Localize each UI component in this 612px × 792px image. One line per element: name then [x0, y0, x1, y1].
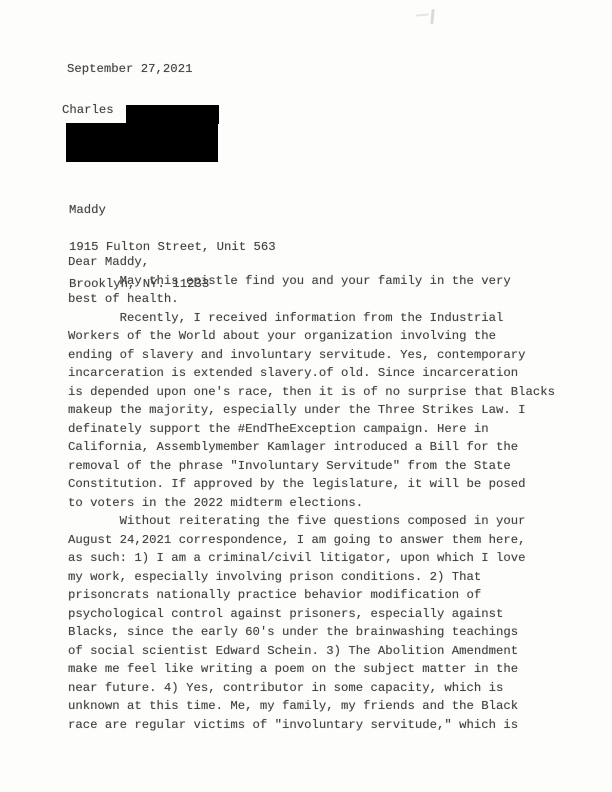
body-line: make me feel like writing a poem on the … [68, 660, 555, 679]
body-line: Constitution. If approved by the legisla… [68, 475, 555, 494]
body-line: my work, especially involving prison con… [68, 568, 555, 587]
letter-page: September 27,2021 Charles Maddy 1915 Ful… [0, 0, 612, 792]
redaction-bar-top [126, 105, 219, 124]
letter-body: Dear Maddy, May this epistle find you an… [68, 253, 555, 734]
body-line: race are regular victims of "involuntary… [68, 716, 555, 735]
body-line: near future. 4) Yes, contributor in some… [68, 679, 555, 698]
body-line: as such: 1) I am a criminal/civil litiga… [68, 549, 555, 568]
body-line: Without reiterating the five questions c… [68, 512, 555, 531]
body-line: is depended upon one's race, then it is … [68, 383, 555, 402]
body-line: Dear Maddy, [68, 253, 555, 272]
body-line: makeup the majority, especially under th… [68, 401, 555, 420]
body-line: ending of slavery and involuntary servit… [68, 346, 555, 365]
scan-artifact [416, 13, 429, 16]
body-line: Workers of the World about your organiza… [68, 327, 555, 346]
scan-artifact [430, 9, 434, 24]
body-line: psychological control against prisoners,… [68, 605, 555, 624]
letter-date: September 27,2021 [67, 62, 192, 76]
sender-name: Charles [62, 103, 114, 117]
body-line: unknown at this time. Me, my family, my … [68, 697, 555, 716]
redaction-bar-bottom [66, 123, 218, 162]
body-line: Recently, I received information from th… [68, 309, 555, 328]
body-line: Blacks, since the early 60's under the b… [68, 623, 555, 642]
recipient-street: 1915 Fulton Street, Unit 563 [69, 241, 276, 253]
body-line: August 24,2021 correspondence, I am goin… [68, 531, 555, 550]
body-line: to voters in the 2022 midterm elections. [68, 494, 555, 513]
body-line: definately support the #EndTheException … [68, 420, 555, 439]
body-line: prisoncrats nationally practice behavior… [68, 586, 555, 605]
body-line: California, Assemblymember Kamlager intr… [68, 438, 555, 457]
body-line: incarceration is extended slavery.of old… [68, 364, 555, 383]
body-line: of social scientist Edward Schein. 3) Th… [68, 642, 555, 661]
body-line: removal of the phrase "Involuntary Servi… [68, 457, 555, 476]
recipient-name: Maddy [69, 204, 276, 216]
body-line: best of health. [68, 290, 555, 309]
body-line: May this epistle find you and your famil… [68, 272, 555, 291]
